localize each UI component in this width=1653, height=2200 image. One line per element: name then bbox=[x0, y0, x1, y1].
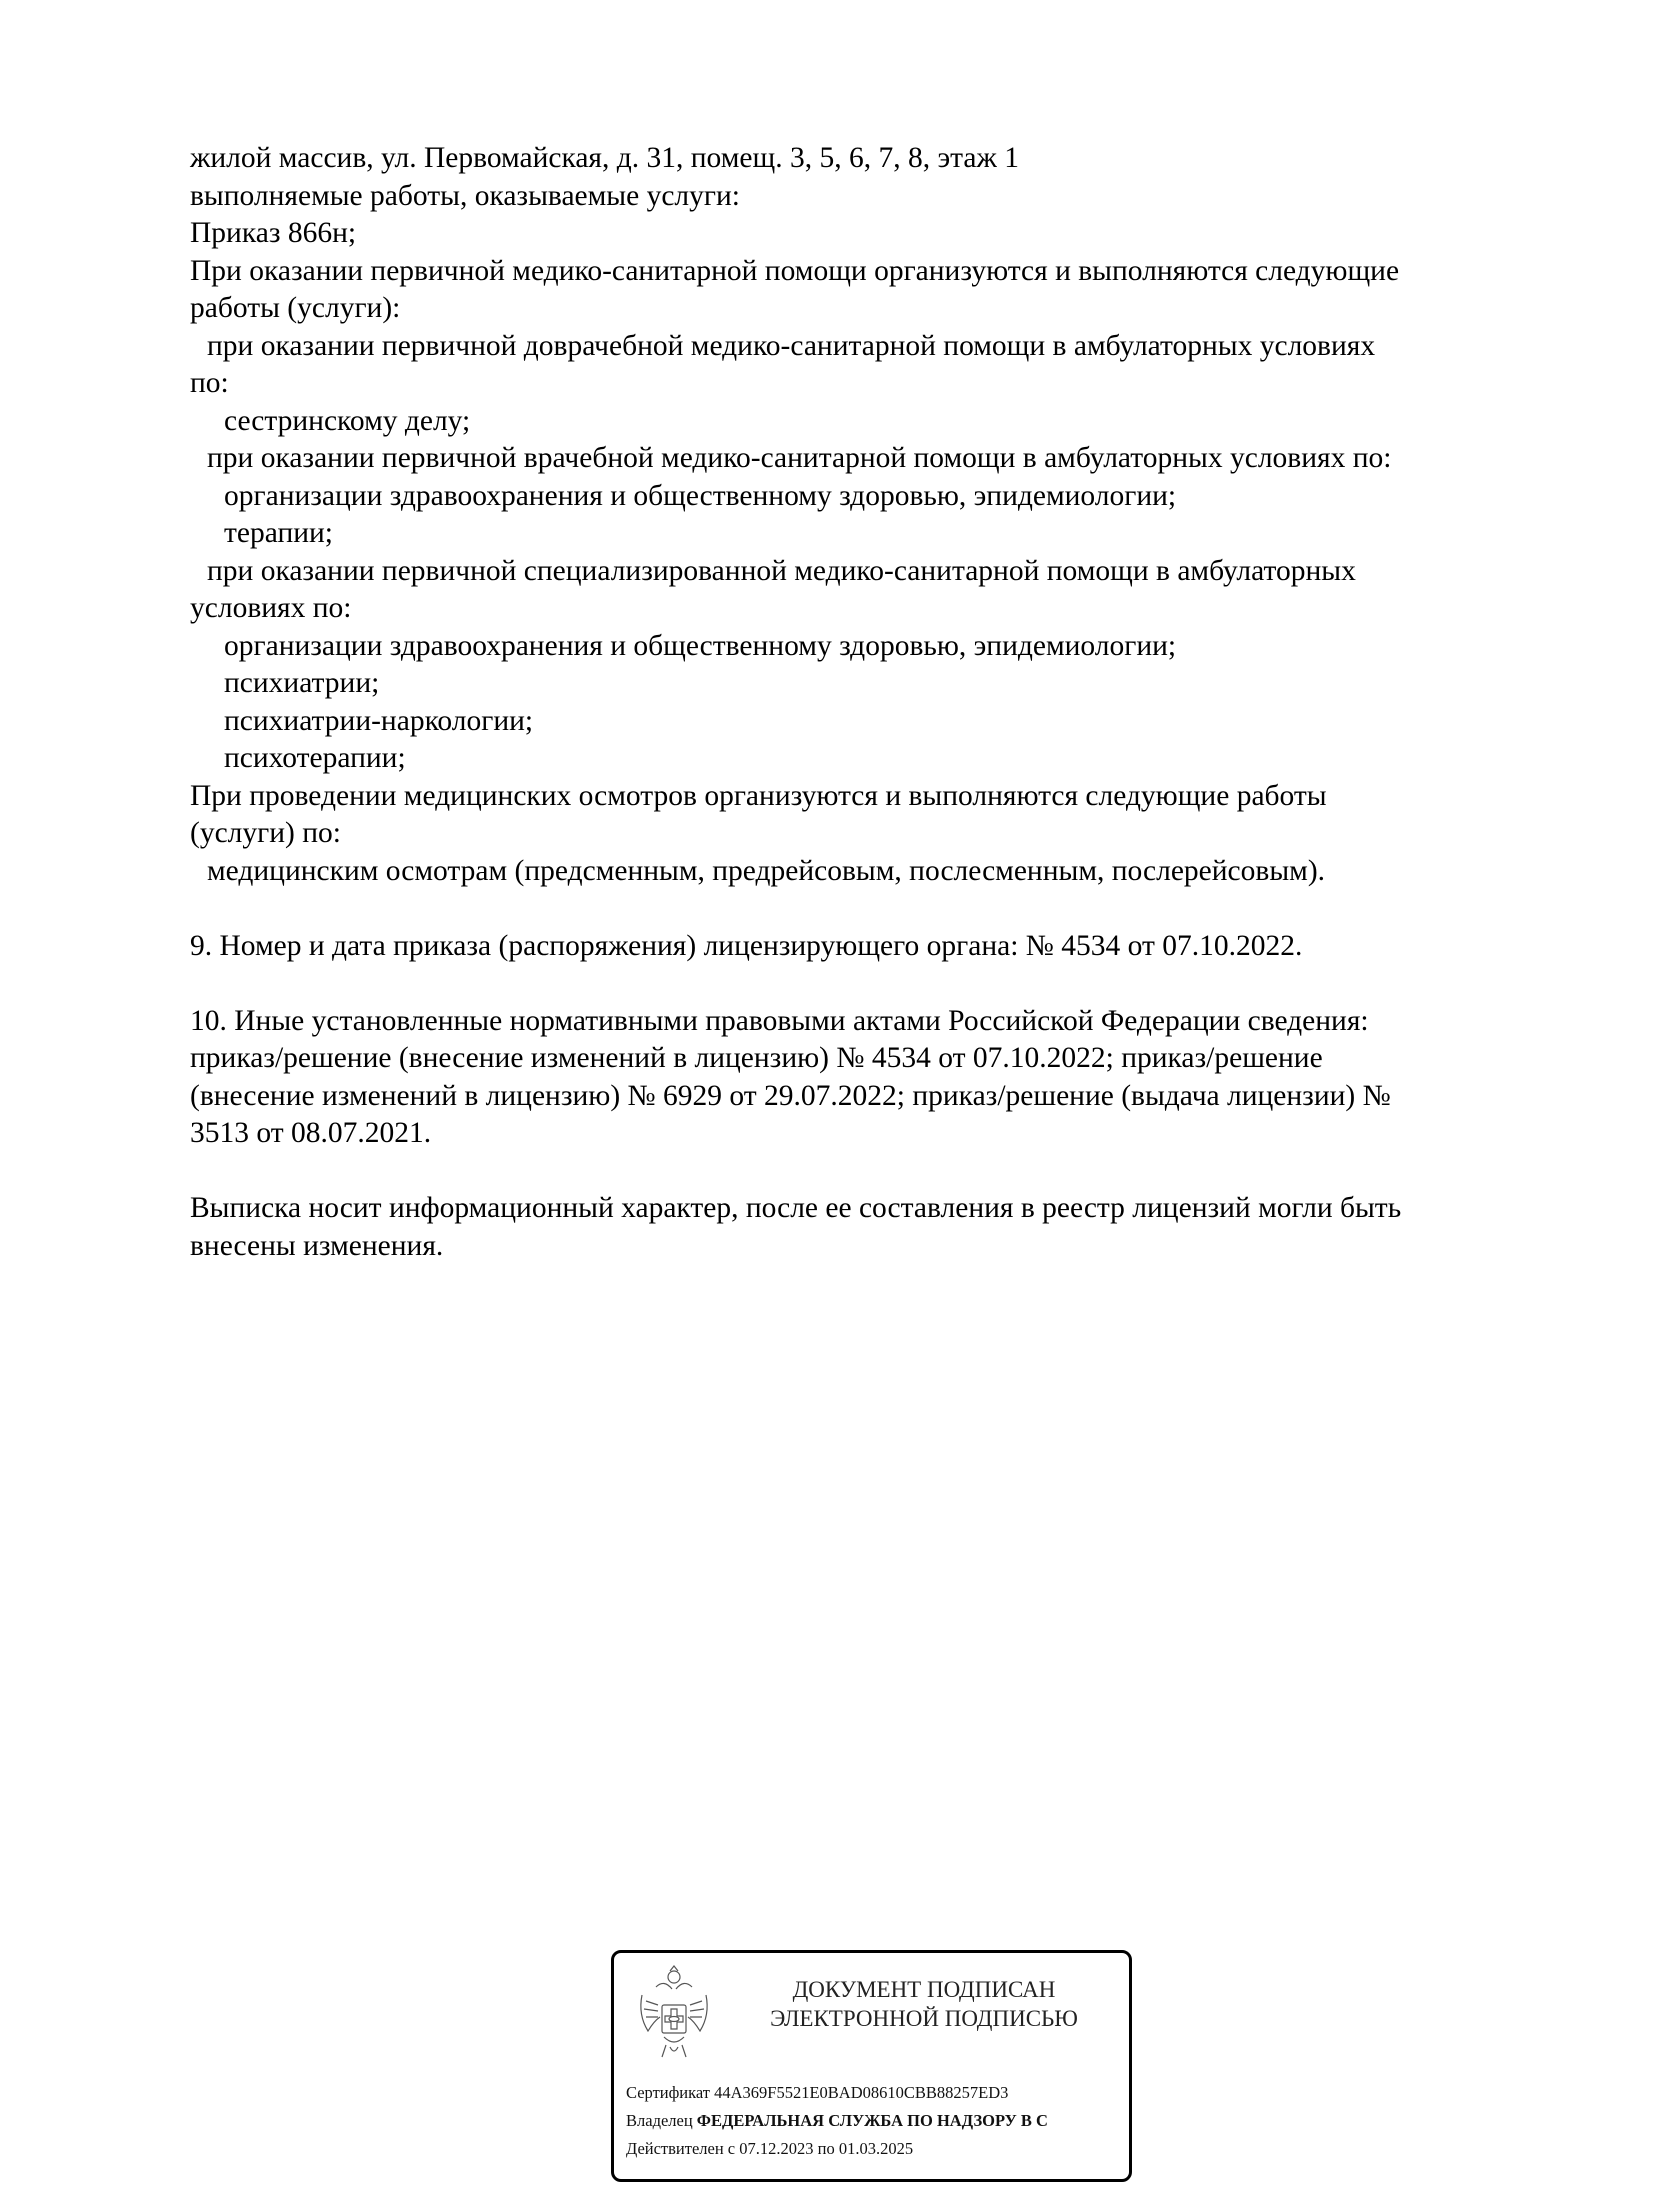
document-line: сестринскому делу; bbox=[190, 403, 1540, 441]
document-line: психиатрии; bbox=[190, 665, 1540, 703]
owner-line: Владелец ФЕДЕРАЛЬНАЯ СЛУЖБА ПО НАДЗОРУ В… bbox=[626, 2111, 1048, 2131]
signature-title: ДОКУМЕНТ ПОДПИСАН ЭЛЕКТРОННОЙ ПОДПИСЬЮ bbox=[744, 1975, 1104, 2033]
document-line: Выписка носит информационный характер, п… bbox=[190, 1190, 1540, 1228]
validity-line: Действителен с 07.12.2023 по 01.03.2025 bbox=[626, 2139, 913, 2159]
owner-label: Владелец bbox=[626, 2111, 693, 2130]
signature-title-line2: ЭЛЕКТРОННОЙ ПОДПИСЬЮ bbox=[744, 2004, 1104, 2033]
document-line: внесены изменения. bbox=[190, 1228, 1540, 1266]
document-line: при оказании первичной доврачебной медик… bbox=[190, 328, 1540, 366]
document-line: психиатрии-наркологии; bbox=[190, 703, 1540, 741]
document-line: 10. Иные установленные нормативными прав… bbox=[190, 1003, 1540, 1041]
document-line: при оказании первичной специализированно… bbox=[190, 553, 1540, 591]
document-line: (внесение изменений в лицензию) № 6929 о… bbox=[190, 1078, 1540, 1116]
certificate-line: Сертификат 44A369F5521E0BAD08610CBB88257… bbox=[626, 2083, 1008, 2103]
document-line: выполняемые работы, оказываемые услуги: bbox=[190, 178, 1540, 216]
document-line: психотерапии; bbox=[190, 740, 1540, 778]
owner-value: ФЕДЕРАЛЬНАЯ СЛУЖБА ПО НАДЗОРУ В С bbox=[697, 2111, 1048, 2130]
document-line: жилой массив, ул. Первомайская, д. 31, п… bbox=[190, 140, 1540, 178]
blank-line bbox=[190, 1153, 1540, 1191]
certificate-label: Сертификат bbox=[626, 2083, 710, 2102]
document-line: При оказании первичной медико-санитарной… bbox=[190, 253, 1540, 291]
document-line: по: bbox=[190, 365, 1540, 403]
blank-line bbox=[190, 890, 1540, 928]
document-line: приказ/решение (внесение изменений в лиц… bbox=[190, 1040, 1540, 1078]
document-line: (услуги) по: bbox=[190, 815, 1540, 853]
blank-line bbox=[190, 965, 1540, 1003]
document-line: организации здравоохранения и общественн… bbox=[190, 628, 1540, 666]
document-line: При проведении медицинских осмотров орга… bbox=[190, 778, 1540, 816]
document-line: условиях по: bbox=[190, 590, 1540, 628]
electronic-signature-stamp: ДОКУМЕНТ ПОДПИСАН ЭЛЕКТРОННОЙ ПОДПИСЬЮ С… bbox=[611, 1950, 1132, 2182]
coat-of-arms-icon bbox=[634, 1965, 714, 2065]
certificate-value: 44A369F5521E0BAD08610CBB88257ED3 bbox=[714, 2083, 1008, 2102]
document-line: 3513 от 08.07.2021. bbox=[190, 1115, 1540, 1153]
document-line: медицинским осмотрам (предсменным, предр… bbox=[190, 853, 1540, 891]
document-body: жилой массив, ул. Первомайская, д. 31, п… bbox=[190, 140, 1540, 1265]
document-line: работы (услуги): bbox=[190, 290, 1540, 328]
signature-title-line1: ДОКУМЕНТ ПОДПИСАН bbox=[744, 1975, 1104, 2004]
document-line: Приказ 866н; bbox=[190, 215, 1540, 253]
document-line: организации здравоохранения и общественн… bbox=[190, 478, 1540, 516]
document-line: при оказании первичной врачебной медико-… bbox=[190, 440, 1540, 478]
document-line: терапии; bbox=[190, 515, 1540, 553]
document-line: 9. Номер и дата приказа (распоряжения) л… bbox=[190, 928, 1540, 966]
